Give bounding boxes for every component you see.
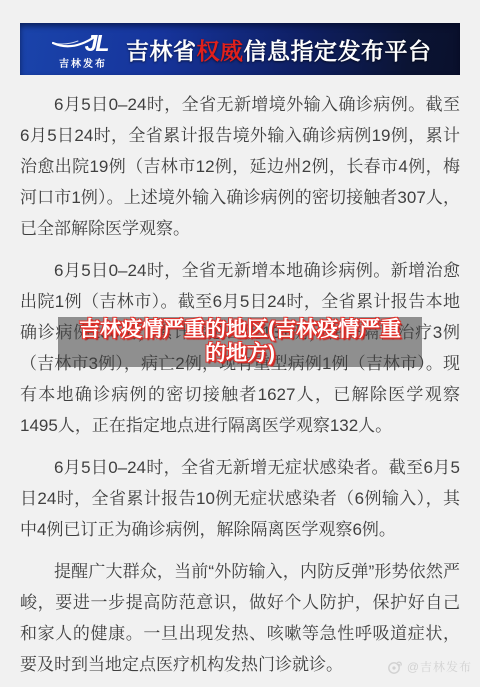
banner-title: 吉林省权威信息指定发布平台 (126, 33, 432, 66)
jilin-fabu-logo: JL 吉林发布 (52, 28, 114, 70)
overlay-caption-line2: 的地方) (205, 342, 275, 366)
weibo-icon (387, 659, 403, 675)
weibo-watermark: @吉林发布 (387, 658, 472, 675)
paragraph-asymptomatic-cases: 6月5日0–24时，全省无新增无症状感染者。截至6月5日24时，全省累计报告10… (20, 452, 460, 545)
paragraph-imported-cases: 6月5日0–24时，全省无新增境外输入确诊病例。截至6月5日24时，全省累计报告… (20, 89, 460, 244)
page: JL 吉林发布 吉林省权威信息指定发布平台 6月5日0–24时，全省无新增境外输… (0, 0, 480, 687)
banner-title-highlight: 权威 (197, 38, 244, 64)
banner-title-prefix: 吉林省 (126, 38, 197, 64)
brand-name-label: 吉林发布 (59, 55, 107, 70)
header-banner: JL 吉林发布 吉林省权威信息指定发布平台 (20, 23, 460, 75)
overlay-caption-line1: 吉林疫情严重的地区(吉林疫情严重 (79, 318, 401, 342)
brand-jl-monogram: JL (85, 30, 108, 57)
overlay-caption: 吉林疫情严重的地区(吉林疫情严重 的地方) (58, 317, 422, 367)
watermark-label: @吉林发布 (407, 658, 472, 675)
banner-title-suffix: 信息指定发布平台 (244, 38, 432, 64)
article-body: 6月5日0–24时，全省无新增境外输入确诊病例。截至6月5日24时，全省累计报告… (0, 75, 480, 687)
